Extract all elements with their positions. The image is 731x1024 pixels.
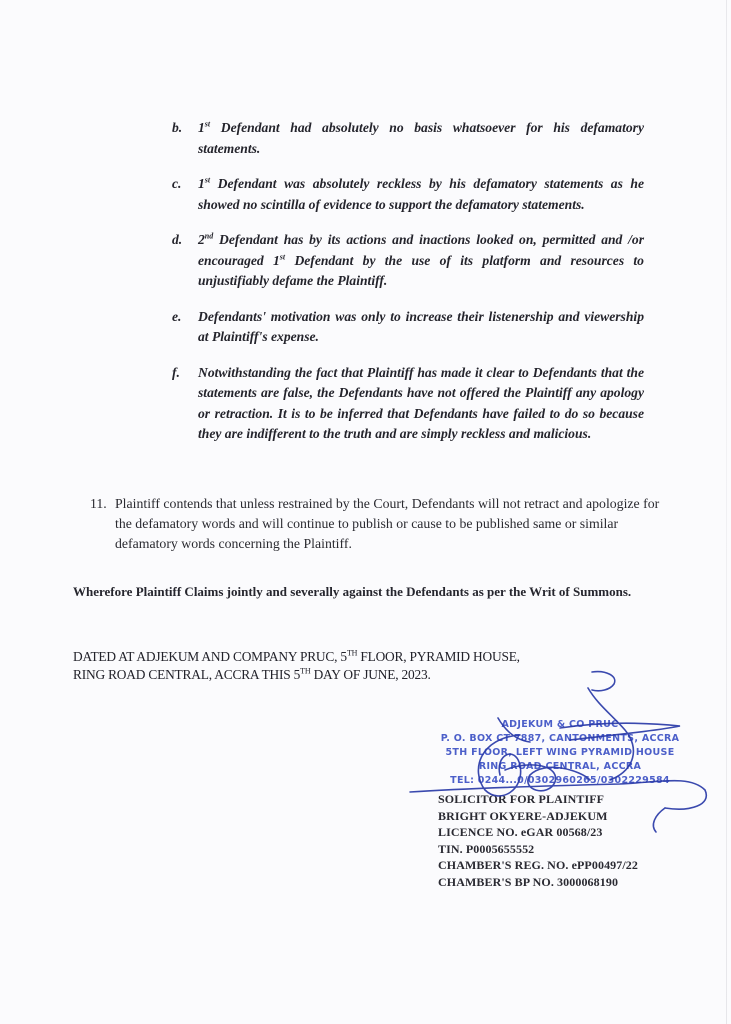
tin-number: TIN. P0005655552 [438, 841, 638, 858]
chamber-reg-number: CHAMBER'S REG. NO. ePP00497/22 [438, 857, 638, 874]
signature-block: SOLICITOR FOR PLAINTIFF BRIGHT OKYERE-AD… [438, 791, 638, 891]
particular-d: d.2nd Defendant has by its actions and i… [172, 230, 644, 292]
solicitor-role: SOLICITOR FOR PLAINTIFF [438, 791, 638, 808]
item-text: Notwithstanding the fact that Plaintiff … [198, 365, 644, 442]
law-firm-stamp: ADJEKUM & CO PRUC P. O. BOX CT 7887, CAN… [420, 718, 700, 788]
particular-e: e.Defendants' motivation was only to inc… [172, 307, 644, 348]
ordinal-suffix: TH [300, 667, 310, 676]
stamp-line: RING ROAD CENTRAL, ACCRA [420, 760, 700, 774]
particular-b: b.1st Defendant had absolutely no basis … [172, 118, 644, 159]
ordinal-suffix: nd [205, 231, 213, 240]
licence-number: LICENCE NO. eGAR 00568/23 [438, 824, 638, 841]
paragraph-11: 11. Plaintiff contends that unless restr… [90, 494, 670, 554]
dated-text: FLOOR, PYRAMID HOUSE, [357, 649, 520, 664]
item-marker: f. [172, 363, 180, 384]
stamp-line: 5TH FLOOR, LEFT WING PYRAMID HOUSE [420, 746, 700, 760]
page-edge [726, 0, 727, 1024]
dated-text: RING ROAD CENTRAL, ACCRA THIS 5 [73, 667, 300, 682]
item-text: Defendant was absolutely reckless by his… [198, 176, 644, 212]
stamp-line: TEL: 0244...0/0302960265/0302229584 [420, 774, 700, 788]
item-text: Defendant had absolutely no basis whatso… [198, 120, 644, 156]
item-marker: d. [172, 230, 182, 251]
dated-text: DAY OF JUNE, 2023. [310, 667, 430, 682]
stamp-line: P. O. BOX CT 7887, CANTONMENTS, ACCRA [420, 732, 700, 746]
solicitor-name: BRIGHT OKYERE-ADJEKUM [438, 808, 638, 825]
ordinal-suffix: TH [347, 649, 357, 658]
item-marker: c. [172, 174, 181, 195]
chamber-bp-number: CHAMBER'S BP NO. 3000068190 [438, 874, 638, 891]
stamp-line: ADJEKUM & CO PRUC [420, 718, 700, 732]
wherefore-clause: Wherefore Plaintiff Claims jointly and s… [73, 582, 646, 601]
item-text: Defendants' motivation was only to incre… [198, 309, 644, 345]
dated-clause: DATED AT ADJEKUM AND COMPANY PRUC, 5TH F… [73, 648, 633, 684]
ordinal: 1 [198, 120, 205, 135]
ordinal: 1 [198, 176, 205, 191]
particular-f: f.Notwithstanding the fact that Plaintif… [172, 363, 644, 445]
dated-line-2: RING ROAD CENTRAL, ACCRA THIS 5TH DAY OF… [73, 666, 633, 684]
dated-line-1: DATED AT ADJEKUM AND COMPANY PRUC, 5TH F… [73, 648, 633, 666]
dated-text: DATED AT ADJEKUM AND COMPANY PRUC, 5 [73, 649, 347, 664]
item-marker: e. [172, 307, 181, 328]
paragraph-text: Plaintiff contends that unless restraine… [115, 496, 659, 551]
paragraph-number: 11. [90, 494, 107, 514]
ordinal: 2 [198, 232, 205, 247]
particular-c: c.1st Defendant was absolutely reckless … [172, 174, 644, 215]
item-marker: b. [172, 118, 182, 139]
particulars-list: b.1st Defendant had absolutely no basis … [172, 118, 644, 460]
